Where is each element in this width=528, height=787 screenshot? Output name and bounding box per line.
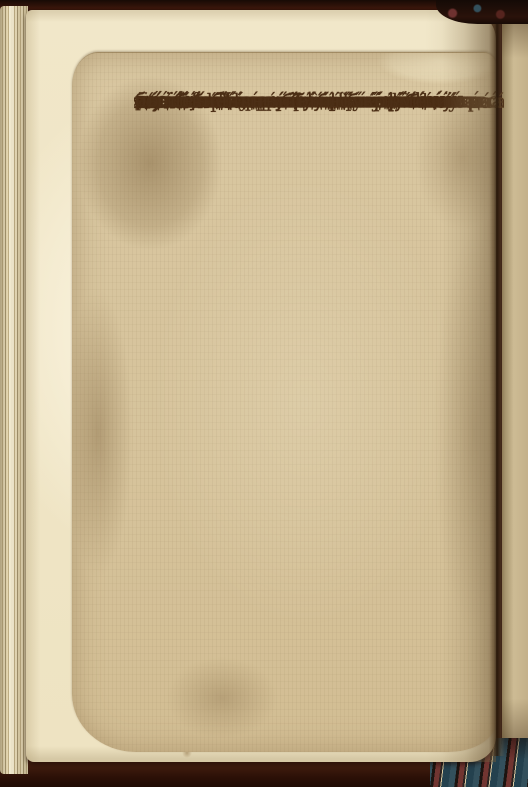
manuscript-line: бы́ше на́ · нь до гдѣ́ врѣме́ има <box>135 86 504 117</box>
spine-crease <box>489 12 505 756</box>
page-fore-edges <box>0 6 28 774</box>
text-block: мо́ни прѣ́лагаютсе · вь дн́ьни́хь да на́… <box>134 86 504 692</box>
facing-page-edge <box>502 14 528 750</box>
manuscript-photo: мо́ни прѣ́лагаютсе · вь дн́ьни́хь да на́… <box>0 0 528 787</box>
book-page: мо́ни прѣ́лагаютсе · вь дн́ьни́хь да на́… <box>26 10 496 762</box>
